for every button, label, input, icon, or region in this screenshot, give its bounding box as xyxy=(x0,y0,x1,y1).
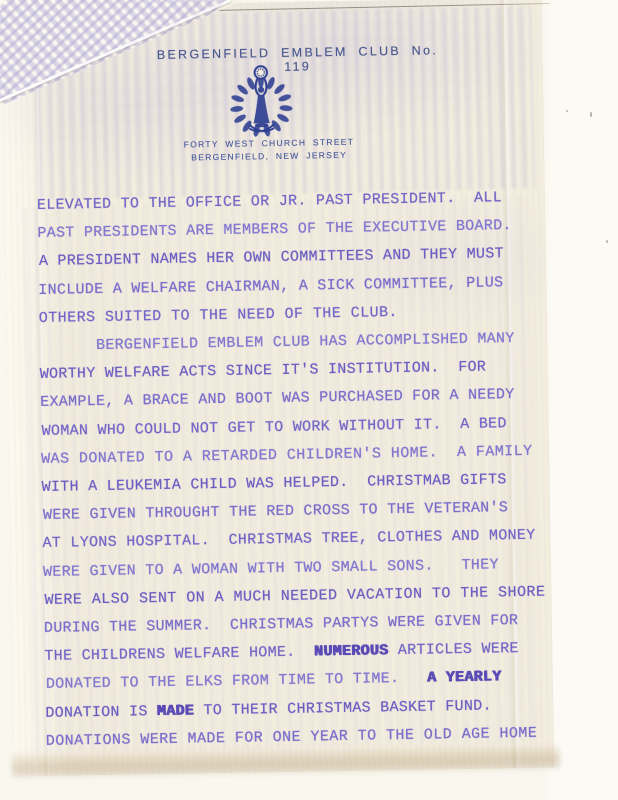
scanned-document-view: BERGENFIELD EMBLEM CLUB No. 119 xyxy=(0,0,618,800)
overstruck-word: A YEARLY xyxy=(427,669,502,687)
scan-speck xyxy=(606,240,608,243)
letterhead-organization: BERGENFIELD EMBLEM CLUB No. 119 xyxy=(147,43,447,76)
laurel-wreath-figure-icon xyxy=(230,62,293,143)
scan-speck xyxy=(590,112,592,117)
emblem-club-logo xyxy=(230,62,293,143)
letterhead-address-line-2: BERGENFIELD, NEW JERSEY xyxy=(99,148,439,164)
overstruck-word: MADE xyxy=(157,702,194,720)
scanned-letter-page: BERGENFIELD EMBLEM CLUB No. 119 xyxy=(1,0,555,776)
overstruck-word: NUMEROUS xyxy=(314,642,389,660)
typed-text-block: ELEVATED TO THE OFFICE OR JR. PAST PRESI… xyxy=(37,184,547,756)
scan-speck xyxy=(566,110,568,112)
